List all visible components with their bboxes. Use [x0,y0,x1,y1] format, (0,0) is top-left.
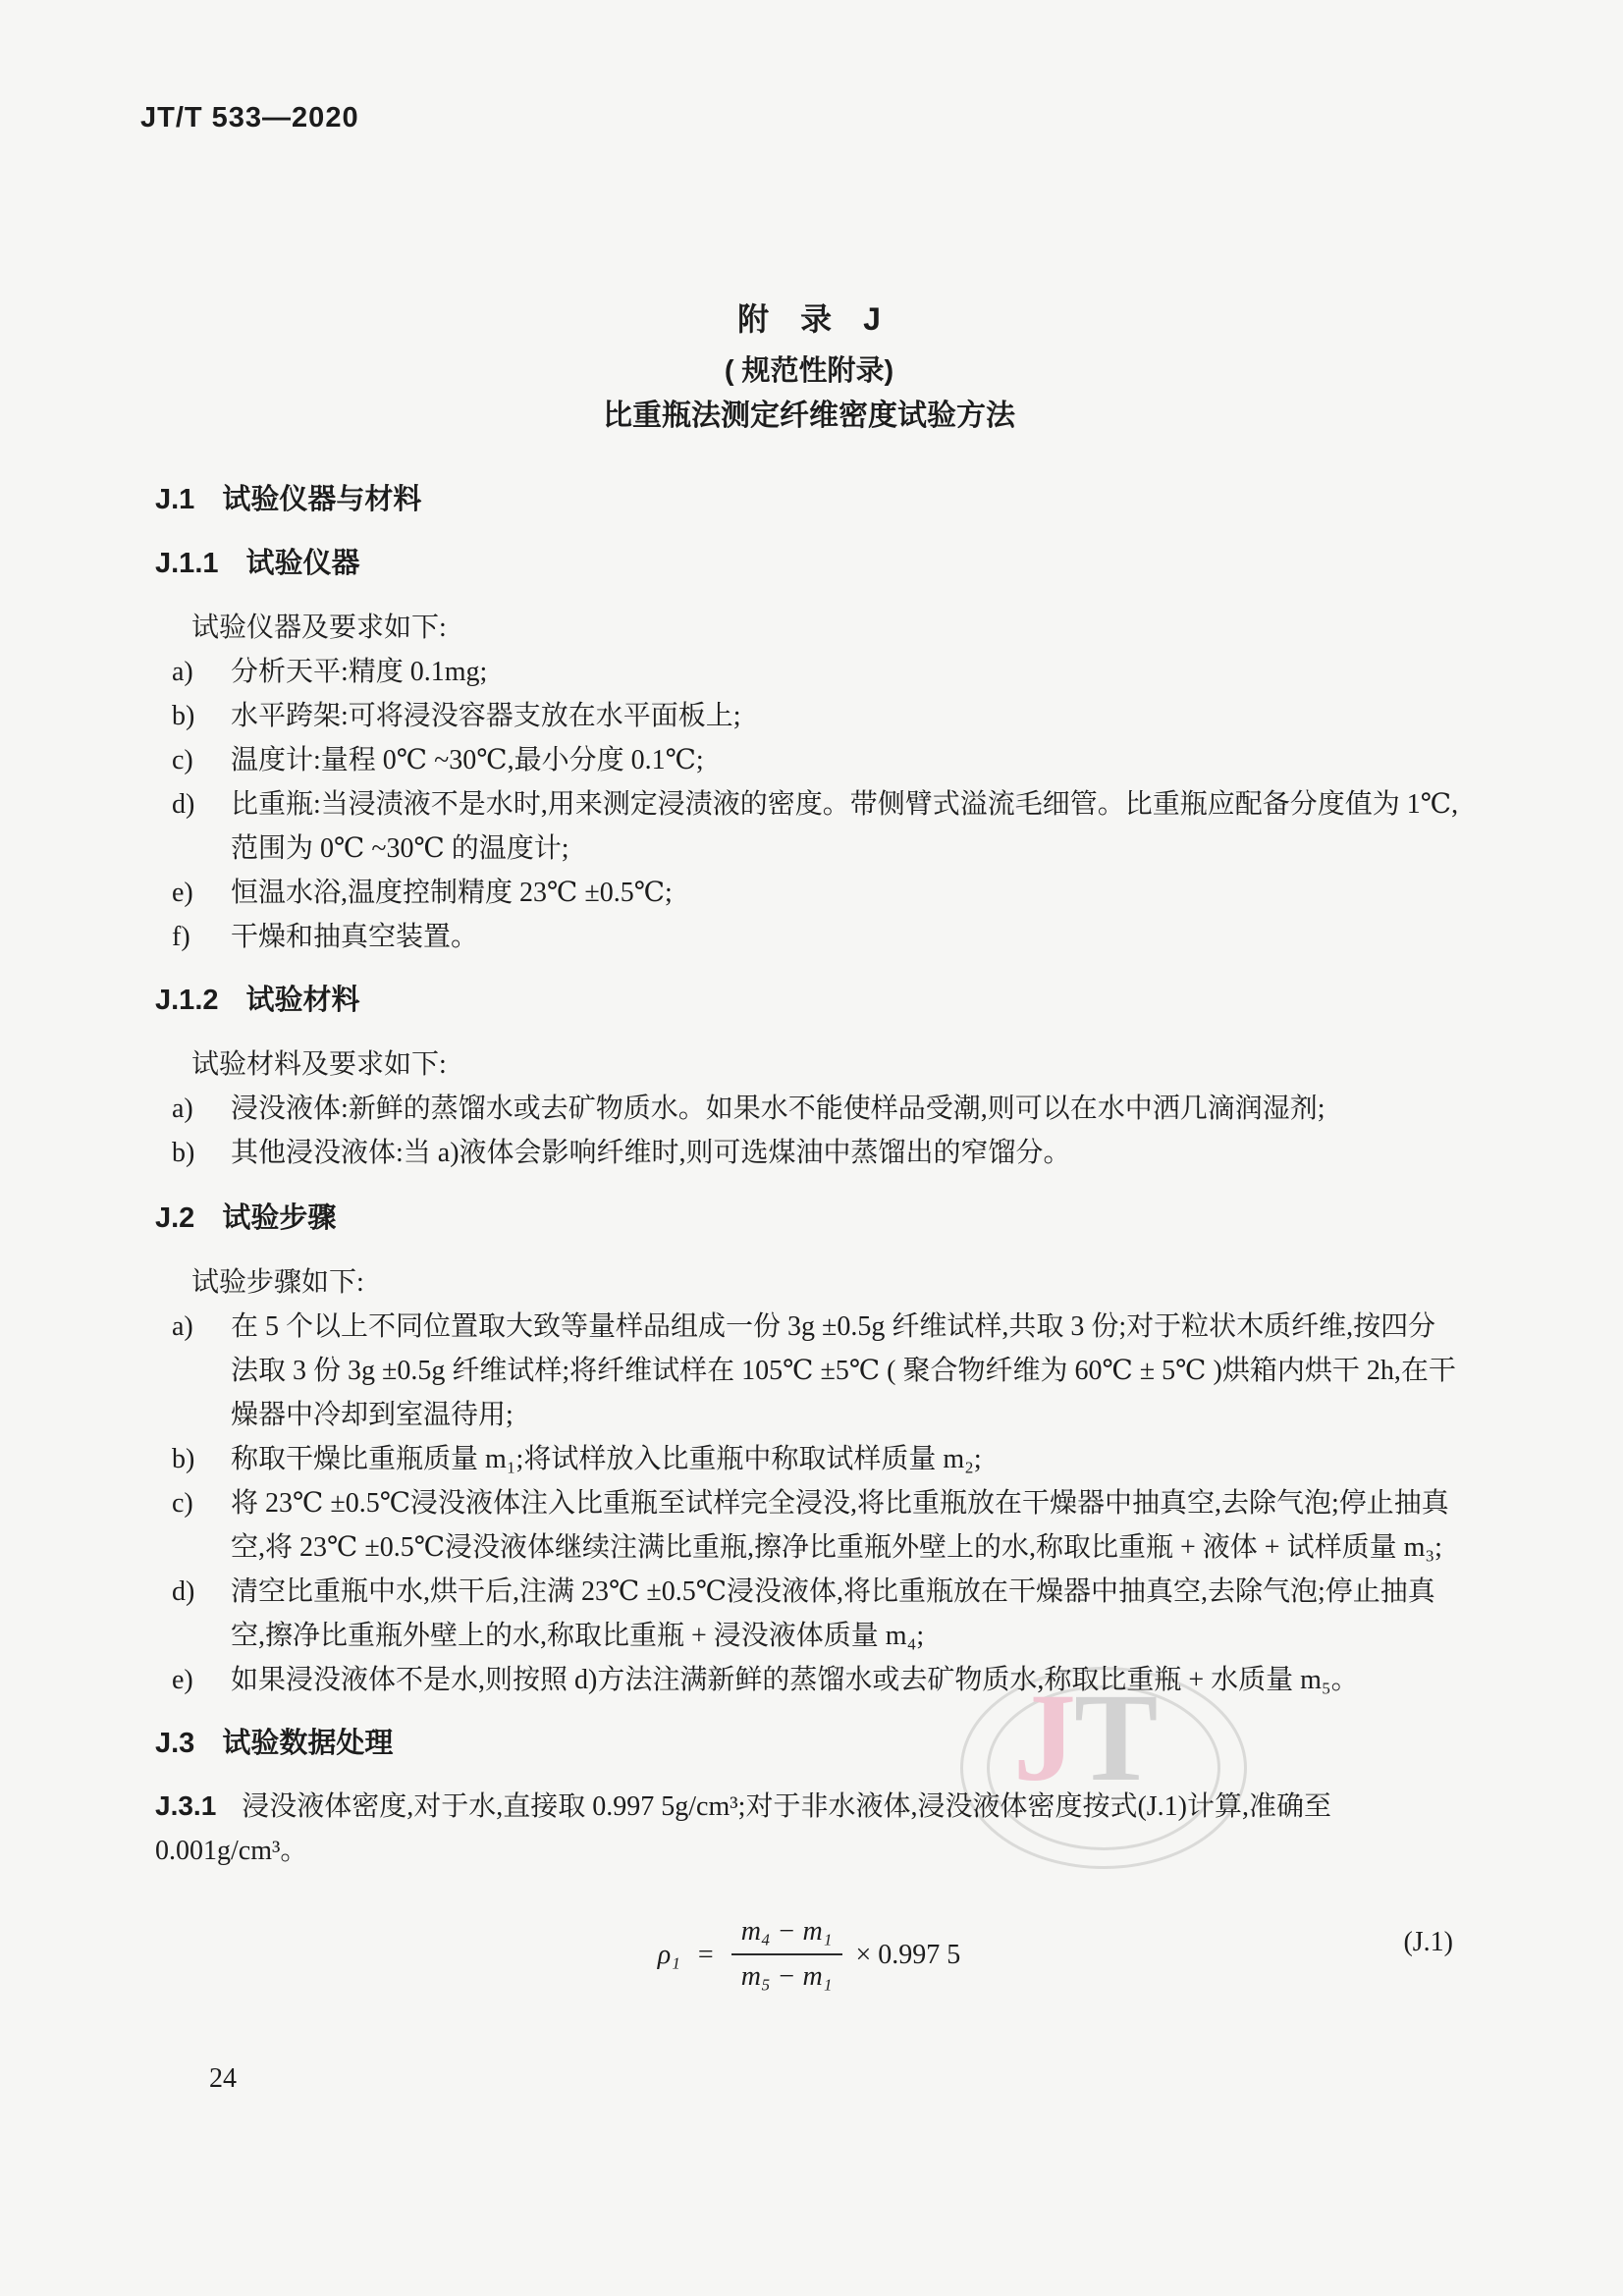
paragraph-j11-intro: 试验仪器及要求如下: [191,606,1463,650]
formula-equation-number: (J.1) [1403,1920,1453,1964]
appendix-normative-label: ( 规范性附录) [155,348,1463,394]
list-item-label: e) [172,1658,231,1702]
list-item: e) 恒温水浴,温度控制精度 23℃ ±0.5℃; [155,871,1463,915]
formula-multiplier: × 0.997 5 [856,1933,961,1977]
formula-equals: = [698,1933,714,1977]
list-item: d) 比重瓶:当浸渍液不是水时,用来测定浸渍液的密度。带侧臂式溢流毛细管。比重瓶… [155,782,1463,871]
list-item-label: b) [172,694,231,738]
formula-expression: ρ₁ = m₄ − m₁ m₅ − m₁ × 0.997 5 [658,1911,961,1998]
list-item: b) 水平跨架:可将浸没容器支放在水平面板上; [155,694,1463,738]
list-item-text: 如果浸没液体不是水,则按照 d)方法注满新鲜的蒸馏水或去矿物质水,称取比重瓶 +… [231,1658,1463,1702]
document-page: JT JT/T 533—2020 附 录 J ( 规范性附录) 比重瓶法测定纤维… [0,0,1623,2296]
list-item-label: b) [172,1437,231,1481]
list-item-label: d) [172,1570,231,1614]
list-item-label: c) [172,738,231,782]
formula-numerator: m₄ − m₁ [731,1911,842,1955]
list-item-text: 清空比重瓶中水,烘干后,注满 23℃ ±0.5℃浸没液体,将比重瓶放在干燥器中抽… [231,1570,1463,1658]
list-item: f) 干燥和抽真空装置。 [155,915,1463,959]
list-item-text: 将 23℃ ±0.5℃浸没液体注入比重瓶至试样完全浸没,将比重瓶放在干燥器中抽真… [231,1481,1463,1570]
formula-fraction: m₄ − m₁ m₅ − m₁ [731,1911,842,1998]
list-item-label: e) [172,871,231,915]
list-item-text: 水平跨架:可将浸没容器支放在水平面板上; [231,694,1463,738]
section-number: J.3 [155,1728,194,1759]
list-j11: a) 分析天平:精度 0.1mg; b) 水平跨架:可将浸没容器支放在水平面板上… [155,650,1463,959]
section-title: 试验步骤 [222,1202,336,1234]
list-item-label: a) [172,650,231,694]
list-item-text: 比重瓶:当浸渍液不是水时,用来测定浸渍液的密度。带侧臂式溢流毛细管。比重瓶应配备… [231,782,1463,871]
section-number: J.2 [155,1202,194,1234]
section-title: 试验仪器 [246,548,360,579]
appendix-title-block: 附 录 J ( 规范性附录) 比重瓶法测定纤维密度试验方法 [155,290,1463,439]
list-j12: a) 浸没液体:新鲜的蒸馏水或去矿物质水。如果水不能使样品受潮,则可以在水中洒几… [155,1087,1463,1175]
list-item: d) 清空比重瓶中水,烘干后,注满 23℃ ±0.5℃浸没液体,将比重瓶放在干燥… [155,1570,1463,1658]
section-title: 试验仪器与材料 [222,484,421,515]
list-item-label: a) [172,1305,231,1349]
list-item-text: 恒温水浴,温度控制精度 23℃ ±0.5℃; [231,871,1463,915]
list-item: c) 将 23℃ ±0.5℃浸没液体注入比重瓶至试样完全浸没,将比重瓶放在干燥器… [155,1481,1463,1570]
list-item-label: d) [172,782,231,827]
formula-denominator: m₅ − m₁ [731,1955,842,1998]
section-heading-j2: J.2试验步骤 [155,1197,1463,1241]
standard-code-header: JT/T 533—2020 [140,98,1463,137]
paragraph-j12-intro: 试验材料及要求如下: [191,1042,1463,1087]
section-number: J.1 [155,484,194,515]
list-item-label: b) [172,1131,231,1175]
list-item-text: 在 5 个以上不同位置取大致等量样品组成一份 3g ±0.5g 纤维试样,共取 … [231,1305,1463,1437]
document-content: JT/T 533—2020 附 录 J ( 规范性附录) 比重瓶法测定纤维密度试… [0,0,1623,2008]
list-item: a) 分析天平:精度 0.1mg; [155,650,1463,694]
appendix-title: 附 录 J [155,290,1463,348]
list-item: c) 温度计:量程 0℃ ~30℃,最小分度 0.1℃; [155,738,1463,782]
list-item-text: 温度计:量程 0℃ ~30℃,最小分度 0.1℃; [231,738,1463,782]
appendix-subtitle: 比重瓶法测定纤维密度试验方法 [155,394,1463,439]
list-item-text: 分析天平:精度 0.1mg; [231,650,1463,694]
paragraph-j31: J.3.1浸没液体密度,对于水,直接取 0.997 5g/cm³;对于非水液体,… [155,1784,1463,1873]
list-j2: a) 在 5 个以上不同位置取大致等量样品组成一份 3g ±0.5g 纤维试样,… [155,1305,1463,1702]
list-item-text: 浸没液体:新鲜的蒸馏水或去矿物质水。如果水不能使样品受潮,则可以在水中洒几滴润湿… [231,1087,1463,1131]
list-item-text: 称取干燥比重瓶质量 m₁;将试样放入比重瓶中称取试样质量 m₂; [231,1437,1463,1481]
section-heading-j11: J.1.1试验仪器 [155,542,1463,586]
list-item-text: 其他浸没液体:当 a)液体会影响纤维时,则可选煤油中蒸馏出的窄馏分。 [231,1131,1463,1175]
section-heading-j1: J.1试验仪器与材料 [155,478,1463,522]
list-item: e) 如果浸没液体不是水,则按照 d)方法注满新鲜的蒸馏水或去矿物质水,称取比重… [155,1658,1463,1702]
list-item: a) 在 5 个以上不同位置取大致等量样品组成一份 3g ±0.5g 纤维试样,… [155,1305,1463,1437]
section-number: J.1.1 [155,548,219,579]
formula-lhs: ρ₁ [658,1933,680,1977]
paragraph-text: 浸没液体密度,对于水,直接取 0.997 5g/cm³;对于非水液体,浸没液体密… [155,1791,1331,1866]
paragraph-j2-intro: 试验步骤如下: [191,1260,1463,1305]
paragraph-number: J.3.1 [155,1790,216,1821]
list-item-text: 干燥和抽真空装置。 [231,915,1463,959]
section-title: 试验数据处理 [222,1728,393,1759]
section-title: 试验材料 [246,985,360,1016]
list-item-label: f) [172,915,231,959]
list-item: b) 其他浸没液体:当 a)液体会影响纤维时,则可选煤油中蒸馏出的窄馏分。 [155,1131,1463,1175]
section-number: J.1.2 [155,985,219,1016]
formula-j1-row: ρ₁ = m₄ − m₁ m₅ − m₁ × 0.997 5 (J.1) [155,1900,1463,2008]
list-item: a) 浸没液体:新鲜的蒸馏水或去矿物质水。如果水不能使样品受潮,则可以在水中洒几… [155,1087,1463,1131]
list-item-label: a) [172,1087,231,1131]
list-item-label: c) [172,1481,231,1525]
section-heading-j12: J.1.2试验材料 [155,979,1463,1023]
section-heading-j3: J.3试验数据处理 [155,1722,1463,1766]
page-number: 24 [209,2056,237,2101]
list-item: b) 称取干燥比重瓶质量 m₁;将试样放入比重瓶中称取试样质量 m₂; [155,1437,1463,1481]
